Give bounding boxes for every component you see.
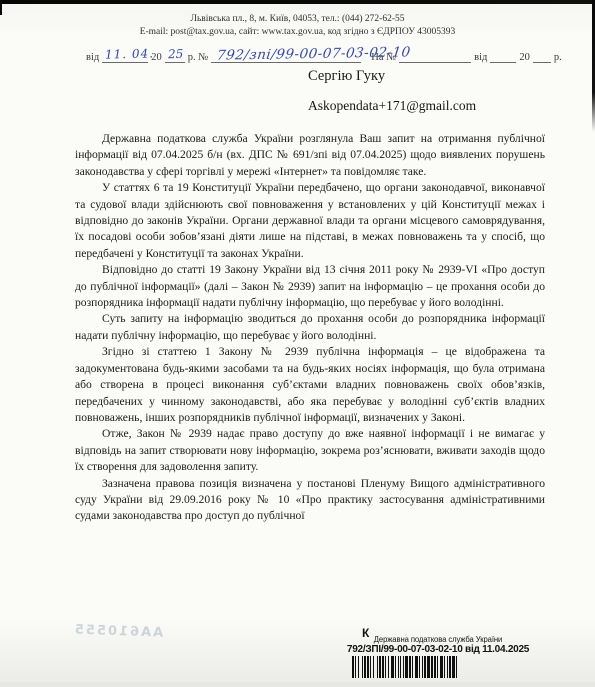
handwritten-date: 11. 04. [105,46,154,61]
ref-year-prefix-2: 20 [519,52,530,63]
body-paragraph: Зазначена правова позиція визначена у по… [75,476,545,525]
body-paragraph: Державна податкова служба України розгля… [75,131,545,180]
ref-r-no-label: р. № [188,52,209,63]
scan-edge-bottom [0,682,595,687]
address-line-1: Львівська пл., 8, м. Київ, 04053, тел.: … [0,13,595,26]
body-paragraph: Відповідно до статті 19 Закону України в… [75,262,545,311]
body-paragraph: Згідно зі статтею 1 Закону № 2939 публіч… [75,344,545,426]
handwritten-year: 25 [168,47,184,61]
ref-from-label: від [86,52,99,63]
ref-r-label-2: р. [554,52,562,63]
body-paragraph: Суть запиту на інформацію зводиться до п… [75,311,545,344]
ref-date-blank: 11. 04. [102,51,148,63]
reference-line: від11. 04.2025р. №792/зпі/99-00-07-03-02… [83,51,581,63]
ref-year-blank-2 [533,51,551,63]
scan-edge-top [0,0,595,4]
blank-serial-bleedthrough: АА610555 [68,622,168,640]
letterhead-address: Львівська пл., 8, м. Київ, 04053, тел.: … [0,13,595,38]
ref-on-no-blank [399,51,471,63]
barcode [352,656,526,678]
scanned-letter-page: Львівська пл., 8, м. Київ, 04053, тел.: … [0,0,595,687]
ref-year-blank: 25 [165,51,185,63]
letter-body: Державна податкова служба України розгля… [75,131,545,525]
recipient-name: Сергію Гуку [308,68,385,85]
address-line-2: E-mail: post@tax.gov.ua, сайт: www.tax.g… [0,26,595,39]
stamp-number-line: 792/ЗПІ/99-00-07-03-02-10 від 11.04.2025 [336,643,540,655]
ref-from-label-2: від [474,52,487,63]
recipient-email: Askopendata+171@gmail.com [308,98,476,114]
ref-number-blank: 792/зпі/99-00-07-03-02-10 [211,51,361,63]
handwritten-number: 792/зпі/99-00-07-03-02-10 [216,44,412,63]
ref-from-blank [490,51,516,63]
body-paragraph: У статтях 6 та 19 Конституції України пе… [75,180,545,262]
body-paragraph: Отже, Закон № 2939 надає право доступу д… [75,426,545,475]
